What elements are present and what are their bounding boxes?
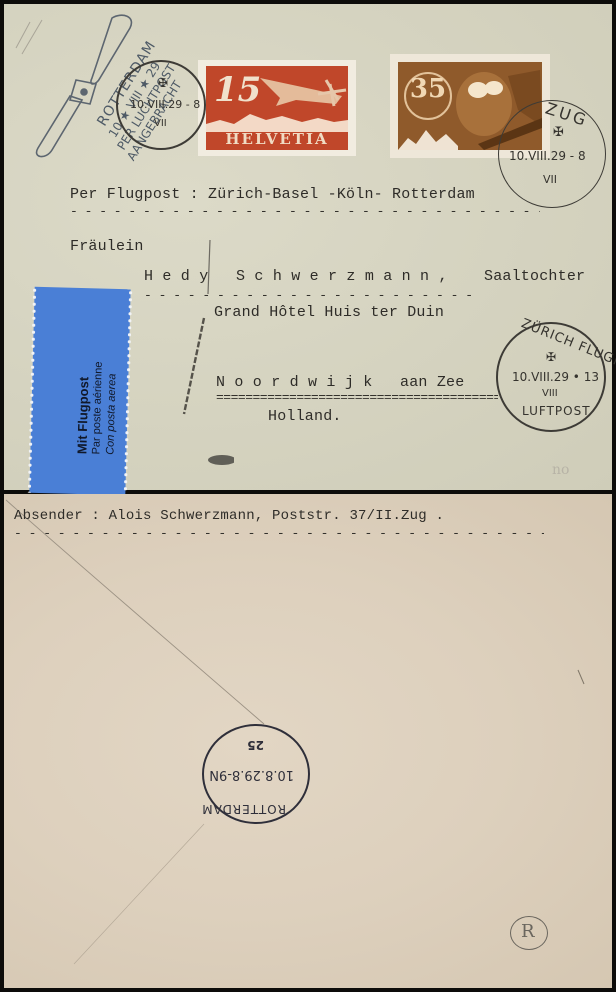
hotel-line: Grand Hôtel Huis ter Duin (214, 304, 444, 321)
postmark-date: 10.8.29.8-9N (209, 767, 294, 782)
salutation: Fräulein (70, 238, 144, 255)
postmark-code: VIII (542, 388, 558, 399)
postmark-date: 10.VIII.29 - 8 (130, 98, 200, 111)
route-line: Per Flugpost : Zürich-Basel -Köln- Rotte… (70, 186, 475, 203)
postmark-rotterdam-arrival: ROTTERDAM 10.8.29.8-9N 25 (202, 724, 310, 824)
postmark-date: 10.VIII.29 • 13 (512, 370, 599, 384)
envelope-back: Absender : Alois Schwerzmann, Poststr. 3… (4, 494, 612, 988)
stamp-15-airplane: 15 HELVETIA (198, 60, 356, 156)
postmark-bottom: LUFTPOST (522, 404, 591, 418)
mountains-icon (398, 124, 458, 150)
postmark-zug-right: ZUG 10.VIII.29 - 8 VII ✠ (498, 100, 606, 208)
registered-mark: R (510, 916, 548, 950)
postmark-zurich-flugplatz: ZÜRICH FLUGPLATZ 10.VIII.29 • 13 VIII LU… (496, 322, 606, 432)
postmark-zug-left: 10.VIII.29 - 8 VII ✠ (116, 60, 206, 150)
postmark-town: ROTTERDAM (201, 802, 286, 816)
recipient-role: Saaltochter (484, 268, 585, 285)
postmark-code: VII (543, 173, 557, 186)
mountains-icon (206, 110, 348, 132)
pencil-note: no (552, 462, 569, 478)
envelope-front: ROTTERDAM 10 ★ VIII ★ 29 PER LUCHTPOST A… (4, 4, 612, 490)
swiss-cross-icon: ✠ (553, 125, 564, 140)
sender-line: Absender : Alois Schwerzmann, Poststr. 3… (14, 508, 444, 524)
airmail-label-text: Mit Flugpost Par poste aérienne Con post… (74, 361, 119, 455)
airmail-label-line-3: Con posta aerea (103, 362, 119, 455)
swiss-cross-icon: ✠ (158, 76, 168, 90)
swiss-cross-icon: ✠ (546, 350, 556, 364)
postmark-town: ZUG (543, 99, 591, 131)
country-line: Holland. (268, 408, 342, 425)
city-underline: ========================================… (216, 390, 498, 405)
postmark-code: 25 (247, 738, 264, 752)
route-underline: - - - - - - - - - - - - - - - - - - - - … (70, 204, 540, 219)
postmark-date: 10.VIII.29 - 8 (509, 149, 586, 163)
stamp-35-value: 35 (406, 74, 450, 104)
stamp-15-value: 15 (214, 70, 261, 110)
stamp-15-country: HELVETIA (206, 130, 348, 148)
envelope-flap-line (4, 494, 612, 988)
sender-underline: - - - - - - - - - - - - - - - - - - - - … (14, 526, 544, 541)
registered-mark-letter: R (521, 921, 535, 942)
city-line: N o o r d w i j k aan Zee (216, 374, 464, 391)
airmail-label: Mit Flugpost Par poste aérienne Con post… (29, 287, 130, 495)
postmark-code: VII (154, 118, 167, 129)
pencil-stroke-icon (174, 234, 234, 474)
